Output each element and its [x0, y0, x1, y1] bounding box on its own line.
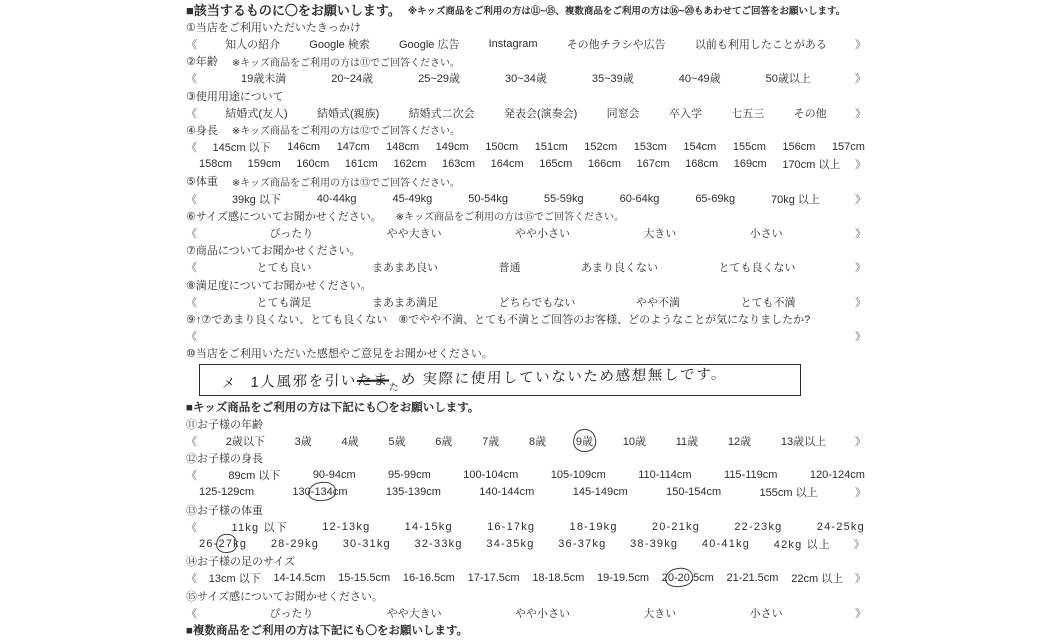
bracket-open: 《: [186, 259, 197, 275]
option: 150-154cm: [665, 486, 722, 498]
bracket-open: 《: [186, 328, 197, 344]
question-label: ⑦商品についてお聞かせください。: [186, 242, 866, 259]
option: 40-44kg: [316, 193, 358, 205]
question-label: ③使用用途について: [186, 87, 866, 104]
option: 22-23kg: [733, 521, 783, 533]
handwriting-segment: たま: [357, 373, 390, 390]
option: 結婚式(友人): [224, 105, 288, 121]
option: 159cm: [247, 158, 282, 170]
option: 14-14.5cm: [272, 572, 326, 584]
bracket-close: 》: [855, 191, 866, 207]
option: 30-31kg: [342, 538, 392, 550]
option: 155cm: [732, 141, 767, 153]
option: 38-39kg: [629, 538, 679, 550]
bracket-open: 《: [186, 294, 197, 310]
option: 七五三: [730, 105, 765, 121]
bracket-open: 《: [186, 570, 197, 586]
option: 40-41kg: [701, 538, 751, 550]
question-note: ※キッズ商品をご利用の方は⑪でご回答ください。: [232, 54, 460, 69]
option: 149cm: [435, 141, 470, 153]
answer-row: 《2歳以下3歳4歳5歳6歳7歳8歳9歳10歳11歳12歳13歳以上》: [186, 432, 866, 449]
question-label: ⑤体重※キッズ商品をご利用の方は⑬でご回答ください。: [186, 173, 866, 190]
option: 14-15kg: [404, 521, 454, 533]
option: 55-59kg: [543, 193, 585, 205]
option: 165cm: [538, 158, 573, 170]
circled-option: 9歳: [575, 433, 594, 449]
option: 大きい: [642, 605, 677, 621]
option: 11歳: [675, 433, 699, 449]
option: 8歳: [528, 433, 547, 449]
option: 15-15.5cm: [337, 572, 391, 584]
option: ぴったり: [268, 605, 314, 621]
bracket-close: 》: [855, 433, 866, 449]
bracket-close: 》: [855, 156, 866, 172]
option: 170cm 以上: [781, 156, 841, 172]
question-note: ※キッズ商品をご利用の方は⑬でご回答ください。: [232, 174, 460, 189]
option: 11kg 以下: [230, 519, 289, 535]
option: 150cm: [484, 141, 519, 153]
option: 2歳以下: [225, 433, 266, 449]
option: 164cm: [490, 158, 525, 170]
option: 167cm: [635, 158, 670, 170]
bracket-open: 《: [186, 139, 197, 155]
hand-drawn-circle-mark: 0-20: [668, 572, 690, 584]
bracket-open: 《: [186, 70, 197, 86]
form-header: ■該当するものに〇をお願いします。 ※キッズ商品をご利用の方は⑪~⑮、複数商品を…: [186, 1, 866, 18]
bracket-close: 》: [855, 70, 866, 86]
option: あまり良くない: [580, 259, 659, 275]
question-label: ⑫お子様の身長: [186, 450, 866, 467]
option: 22cm 以上: [790, 570, 844, 586]
option: やや小さい: [514, 605, 571, 621]
option: 153cm: [633, 141, 668, 153]
option: 162cm: [392, 158, 427, 170]
option: 125-129cm: [198, 486, 255, 498]
answer-row: 《とても満足まあまあ満足どちらでもないやや不満とても不満》: [186, 293, 866, 310]
option: 大きい: [642, 225, 677, 241]
option: とても良い: [256, 259, 313, 275]
handwriting-segment: 1人風邪を引い: [250, 373, 357, 391]
option: 30~34歳: [504, 70, 548, 86]
option: 65-69kg: [694, 193, 736, 205]
option: 145cm 以下: [212, 139, 272, 155]
option: 32-33kg: [414, 538, 464, 550]
kids-section-header: ■キッズ商品をご利用の方は下記にも〇をお願いします。: [186, 398, 866, 415]
option: 19-19.5cm: [596, 572, 650, 584]
bracket-close: 》: [855, 570, 866, 586]
option: 45-49kg: [392, 193, 434, 205]
question-text: ⑦商品についてお聞かせください。: [186, 242, 361, 258]
option: 18-18.5cm: [531, 572, 585, 584]
option: 6歳: [434, 433, 453, 449]
option: 結婚式二次会: [408, 105, 476, 121]
question-label: ⑥サイズ感についてお聞かせください。※キッズ商品をご利用の方は⑮でご回答ください…: [186, 207, 866, 224]
option: まあまあ良い: [371, 259, 439, 275]
question-label: ⑧満足度についてお聞かせください。: [186, 276, 866, 293]
option: まあまあ満足: [371, 294, 439, 310]
option: Google 広告: [398, 36, 461, 52]
option: 152cm: [583, 141, 618, 153]
option: 148cm: [385, 141, 420, 153]
bracket-close: 》: [855, 36, 866, 52]
option: Google 検索: [308, 36, 371, 52]
comment-box: メ1人風邪を引いたまため 実際に使用していないため感想無しです。: [199, 364, 801, 396]
answer-row: 125-129cm130-134cm135-139cm140-144cm145-…: [186, 484, 866, 501]
question-text: ⑮サイズ感についてお聞かせください。: [186, 588, 383, 604]
option: 163cm: [441, 158, 476, 170]
option: 161cm: [344, 158, 379, 170]
option: 115-119cm: [723, 469, 778, 481]
option: 120-124cm: [809, 469, 866, 481]
question-text: ⑨↑⑦であまり良くない、とても良くない ⑧でやや不満、とても不満とご回答のお客様…: [186, 311, 810, 327]
option: 4歳: [341, 433, 360, 449]
answer-row: 《》: [186, 328, 866, 345]
option: Instagram: [488, 38, 539, 50]
handwriting-segment: め 実際に使用していないため感想無しです。: [400, 367, 727, 389]
option: 10歳: [622, 433, 647, 449]
option: 以前も利用したことがある: [694, 36, 828, 52]
question-label: ①当店をご利用いただいたきっかけ: [186, 18, 866, 35]
option: 151cm: [534, 141, 569, 153]
option: 卒入学: [668, 105, 703, 121]
question-label: ④身長※キッズ商品をご利用の方は⑫でご回答ください。: [186, 121, 866, 138]
option: 17-17.5cm: [467, 572, 521, 584]
option: 13cm 以下: [208, 570, 262, 586]
option: 39kg 以下: [231, 191, 282, 207]
bracket-open: 《: [186, 433, 197, 449]
question-text: ⑩当店をご利用いただいた感想やご意見をお聞かせください。: [186, 345, 493, 361]
bracket-open: 《: [186, 191, 197, 207]
answer-row: 《ぴったりやや大きいやや小さい大きい小さい》: [186, 604, 866, 621]
option: やや小さい: [514, 225, 571, 241]
option: 28-29kg: [270, 538, 320, 550]
question-note: ※キッズ商品をご利用の方は⑫でご回答ください。: [232, 122, 460, 137]
option: やや大きい: [386, 225, 443, 241]
handwritten-note: メ1人風邪を引いたまため 実際に使用していないため感想無しです。: [222, 363, 728, 397]
answer-row: 《11kg 以下12-13kg14-15kg16-17kg18-19kg20-2…: [186, 518, 866, 535]
option: 147cm: [336, 141, 371, 153]
answer-row: 《知人の紹介Google 検索Google 広告Instagramその他チラシや…: [186, 35, 866, 52]
bracket-close: 》: [855, 605, 866, 621]
bracket-close: 》: [855, 294, 866, 310]
answer-row: 《ぴったりやや大きいやや小さい大きい小さい》: [186, 224, 866, 241]
question-label: ⑨↑⑦であまり良くない、とても良くない ⑧でやや不満、とても不満とご回答のお客様…: [186, 310, 866, 327]
question-label: ⑬お子様の体重: [186, 501, 866, 518]
option: 60-64kg: [619, 193, 661, 205]
hand-drawn-circle-mark: -134: [311, 486, 333, 498]
bracket-open: 《: [186, 605, 197, 621]
option: 20-21kg: [651, 521, 701, 533]
option: 34-35kg: [485, 538, 535, 550]
question-label: ⑮サイズ感についてお聞かせください。: [186, 587, 866, 604]
option: 157cm: [831, 141, 866, 153]
option: 40~49歳: [678, 70, 722, 86]
option: 160cm: [295, 158, 330, 170]
question-text: ⑪お子様の年齢: [186, 416, 263, 432]
answer-row: 《145cm 以下146cm147cm148cm149cm150cm151cm1…: [186, 139, 866, 156]
option: 18-19kg: [569, 521, 619, 533]
question-note: ※キッズ商品をご利用の方は⑮でご回答ください。: [396, 208, 624, 223]
option: 35~39歳: [591, 70, 635, 86]
option: 169cm: [733, 158, 768, 170]
option: 16-16.5cm: [402, 572, 456, 584]
option: 42kg 以上: [773, 536, 832, 552]
bracket-open: 《: [186, 467, 197, 483]
option: 95-99cm: [387, 469, 432, 481]
option: 90-94cm: [312, 469, 357, 481]
hand-drawn-circle-mark: 27: [219, 538, 234, 550]
option: とても満足: [256, 294, 313, 310]
option: 70kg 以上: [770, 191, 821, 207]
question-text: ⑤体重: [186, 173, 218, 189]
option: 小さい: [749, 225, 784, 241]
option: ぴったり: [268, 225, 314, 241]
option: 50-54kg: [467, 193, 509, 205]
answer-row: 26-27kg28-29kg30-31kg32-33kg34-35kg36-37…: [186, 535, 866, 552]
answer-row: 《89cm 以下90-94cm95-99cm100-104cm105-109cm…: [186, 467, 866, 484]
answer-row: 《39kg 以下40-44kg45-49kg50-54kg55-59kg60-6…: [186, 190, 866, 207]
option: 20~24歳: [330, 70, 374, 86]
option: 3歳: [294, 433, 313, 449]
question-label: ⑩当店をご利用いただいた感想やご意見をお聞かせください。: [186, 345, 866, 362]
hand-drawn-circle-mark: 9歳: [576, 433, 593, 449]
option: 135-139cm: [385, 486, 442, 498]
clipped-footer-header: ■複数商品をご利用の方は下記にも〇をお願いします。: [186, 621, 866, 638]
option: 12-13kg: [321, 521, 371, 533]
option: 100-104cm: [462, 469, 519, 481]
option: 小さい: [749, 605, 784, 621]
question-text: ①当店をご利用いただいたきっかけ: [186, 19, 361, 35]
option: 105-109cm: [550, 469, 607, 481]
bracket-open: 《: [186, 225, 197, 241]
option: 24-25kg: [816, 521, 866, 533]
question-text: ②年齢: [186, 53, 218, 69]
option: 36-37kg: [557, 538, 607, 550]
answer-row: 《19歳未満20~24歳25~29歳30~34歳35~39歳40~49歳50歳以…: [186, 70, 866, 87]
option: やや大きい: [386, 605, 443, 621]
answer-row: 《13cm 以下14-14.5cm15-15.5cm16-16.5cm17-17…: [186, 570, 866, 587]
option: 50歳以上: [765, 70, 812, 86]
question-label: ②年齢※キッズ商品をご利用の方は⑪でご回答ください。: [186, 53, 866, 70]
option: どちらでもない: [498, 294, 577, 310]
bracket-open: 《: [186, 519, 198, 535]
option: 結婚式(親族): [316, 105, 380, 121]
handwriting-segment: た: [389, 383, 401, 394]
option: 21-21.5cm: [725, 572, 779, 584]
bracket-close: 》: [855, 328, 866, 344]
survey-sheet: ■該当するものに〇をお願いします。 ※キッズ商品をご利用の方は⑪~⑮、複数商品を…: [186, 1, 866, 639]
sections: ①当店をご利用いただいたきっかけ《知人の紹介Google 検索Google 広告…: [186, 18, 866, 621]
option: その他: [793, 105, 828, 121]
option: 166cm: [587, 158, 622, 170]
question-text: ⑧満足度についてお聞かせください。: [186, 277, 372, 293]
question-label: ⑪お子様の年齢: [186, 415, 866, 432]
question-text: ③使用用途について: [186, 88, 284, 104]
circled-option: 26-27kg: [198, 538, 248, 550]
option: 156cm: [781, 141, 816, 153]
bracket-close: 》: [855, 259, 866, 275]
question-text: ⑫お子様の身長: [186, 450, 263, 466]
option: 25~29歳: [417, 70, 461, 86]
option: その他チラシや広告: [566, 36, 667, 52]
option: 168cm: [684, 158, 719, 170]
option: 13歳以上: [780, 433, 827, 449]
bracket-open: 《: [186, 36, 197, 52]
answer-row: 《とても良いまあまあ良い普通あまり良くないとても良くない》: [186, 259, 866, 276]
option: 同窓会: [606, 105, 641, 121]
option: 12歳: [727, 433, 752, 449]
option: 5歳: [387, 433, 406, 449]
form-title: ■該当するものに〇をお願いします。: [186, 0, 401, 19]
answer-row: 158cm159cm160cm161cm162cm163cm164cm165cm…: [186, 156, 866, 173]
bracket-close: 》: [855, 105, 866, 121]
option: とても良くない: [718, 259, 797, 275]
option: 19歳未満: [240, 70, 287, 86]
option: 普通: [498, 259, 522, 275]
bracket-close: 》: [855, 484, 866, 500]
bracket-open: 《: [186, 105, 197, 121]
option: 145-149cm: [572, 486, 629, 498]
question-text: ⑥サイズ感についてお聞かせください。: [186, 208, 382, 224]
option: 知人の紹介: [224, 36, 281, 52]
option: 89cm 以下: [227, 467, 281, 483]
answer-row: 《結婚式(友人)結婚式(親族)結婚式二次会発表会(演奏会)同窓会卒入学七五三その…: [186, 104, 866, 121]
option: 154cm: [682, 141, 717, 153]
form-header-note: ※キッズ商品をご利用の方は⑪~⑮、複数商品をご利用の方は⑯~⑳もあわせてご回答を…: [408, 3, 845, 17]
question-text: ⑭お子様の足のサイズ: [186, 553, 295, 569]
question-text: ⑬お子様の体重: [186, 502, 263, 518]
circled-option: 20-20.5cm: [661, 572, 715, 584]
circled-option: 130-134cm: [291, 486, 348, 498]
option: 158cm: [198, 158, 233, 170]
option: とても不満: [739, 294, 796, 310]
question-text: ④身長: [186, 122, 218, 138]
bracket-close: 》: [854, 536, 866, 552]
option: 110-114cm: [637, 469, 692, 481]
option: やや不満: [635, 294, 681, 310]
option: 140-144cm: [478, 486, 535, 498]
option: 7歳: [481, 433, 500, 449]
handwriting-segment: メ: [222, 376, 237, 391]
option: 155cm 以上: [759, 484, 819, 500]
option: 発表会(演奏会): [503, 105, 578, 121]
option: 16-17kg: [486, 521, 536, 533]
question-label: ⑭お子様の足のサイズ: [186, 553, 866, 570]
option: 146cm: [286, 141, 321, 153]
bracket-close: 》: [855, 225, 866, 241]
